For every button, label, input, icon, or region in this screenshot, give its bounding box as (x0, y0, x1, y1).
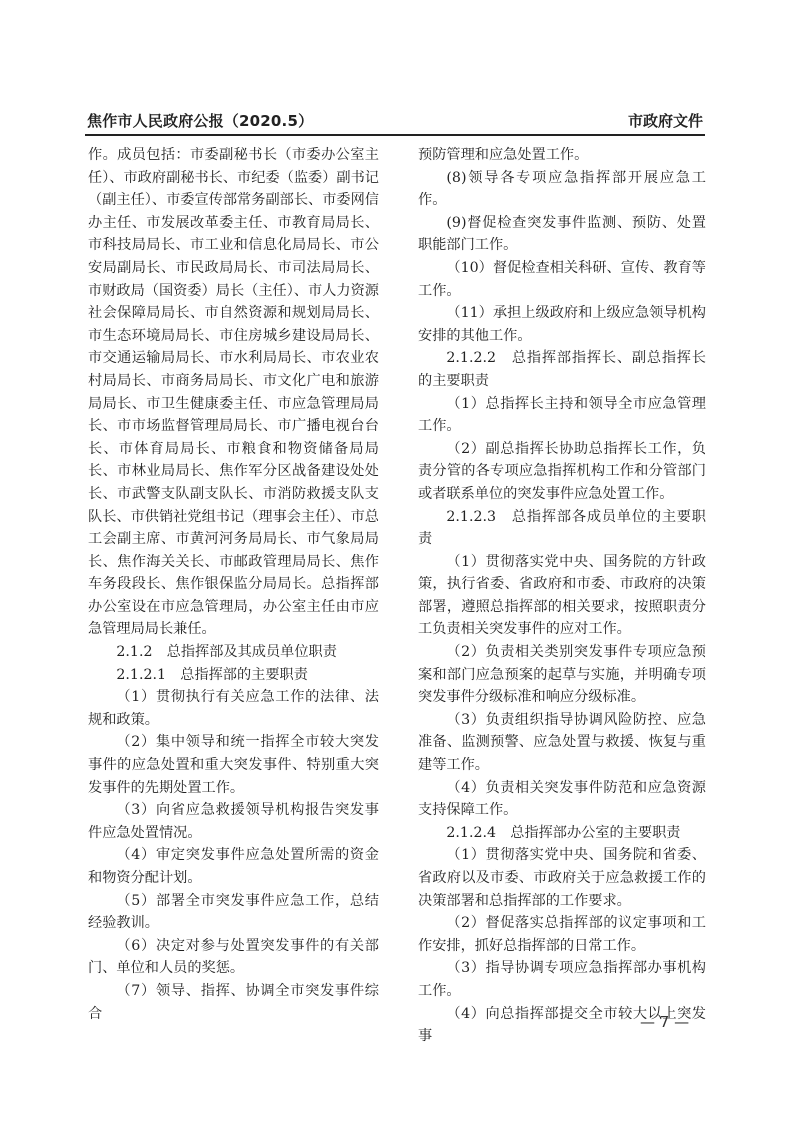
section-heading: 2.1.2.1 总指挥部的主要职责 (88, 664, 379, 687)
paragraph: （7）领导、指挥、协调全市突发事件综合 (88, 980, 379, 1025)
section-heading: 2.1.2.2 总指挥部指挥长、副总指挥长的主要职责 (418, 347, 706, 392)
paragraph: （2）集中领导和统一指挥全市较大突发事件的应急处置和重大突发事件、特别重大突发事… (88, 731, 379, 799)
paragraph: （2）副总指挥长协助总指挥长工作，负责分管的各专项应急指挥机构工作和分管部门或者… (418, 438, 706, 506)
publication-title: 焦作市人民政府公报（2020.5） (87, 110, 313, 131)
paragraph: (8)领导各专项应急指挥部开展应急工作。 (418, 167, 706, 212)
right-column: 预防管理和应急处置工作。 (8)领导各专项应急指挥部开展应急工作。 (9)督促检… (418, 144, 706, 1048)
paragraph: （4）审定突发事件应急处置所需的资金和物资分配计划。 (88, 844, 379, 889)
paragraph: （2）督促落实总指挥部的议定事项和工作安排，抓好总指挥部的日常工作。 (418, 912, 706, 957)
paragraph: （4）负责相关突发事件防范和应急资源支持保障工作。 (418, 777, 706, 822)
paragraph: （5）部署全市突发事件应急工作，总结经验教训。 (88, 890, 379, 935)
section-heading: 2.1.2 总指挥部及其成员单位职责 (88, 641, 379, 664)
section-title: 市政府文件 (628, 110, 703, 131)
paragraph: （2）负责相关类别突发事件专项应急预案和部门应急预案的起草与实施，并明确专项突发… (418, 641, 706, 709)
paragraph: （3）指导协调专项应急指挥部办事机构工作。 (418, 957, 706, 1002)
paragraph: （1）贯彻执行有关应急工作的法律、法规和政策。 (88, 686, 379, 731)
paragraph: （1）贯彻落实党中央、国务院的方针政策，执行省委、省政府和市委、市政府的决策部署… (418, 551, 706, 641)
section-heading: 2.1.2.4 总指挥部办公室的主要职责 (418, 822, 706, 845)
paragraph: 预防管理和应急处置工作。 (418, 144, 706, 167)
paragraph: （6）决定对参与处置突发事件的有关部门、单位和人员的奖惩。 (88, 935, 379, 980)
paragraph: （3）向省应急救援领导机构报告突发事件应急处置情况。 (88, 799, 379, 844)
left-column: 作。成员包括：市委副秘书长（市委办公室主任）、市政府副秘书长、市纪委（监委）副书… (88, 144, 379, 1025)
paragraph: （1）贯彻落实党中央、国务院和省委、省政府以及市委、市政府关于应急救援工作的决策… (418, 844, 706, 912)
paragraph: 作。成员包括：市委副秘书长（市委办公室主任）、市政府副秘书长、市纪委（监委）副书… (88, 144, 379, 641)
paragraph: （11）承担上级政府和上级应急领导机构安排的其他工作。 (418, 302, 706, 347)
page-header: 焦作市人民政府公报（2020.5） 市政府文件 (85, 108, 705, 136)
paragraph: (9)督促检查突发事件监测、预防、处置职能部门工作。 (418, 212, 706, 257)
paragraph: （1）总指挥长主持和领导全市应急管理工作。 (418, 393, 706, 438)
paragraph: （10）督促检查相关科研、宣传、教育等工作。 (418, 257, 706, 302)
section-heading: 2.1.2.3 总指挥部各成员单位的主要职责 (418, 506, 706, 551)
page-number: — 7 — (640, 1013, 689, 1031)
paragraph: （3）负责组织指导协调风险防控、应急准备、监测预警、应急处置与救援、恢复与重建等… (418, 709, 706, 777)
